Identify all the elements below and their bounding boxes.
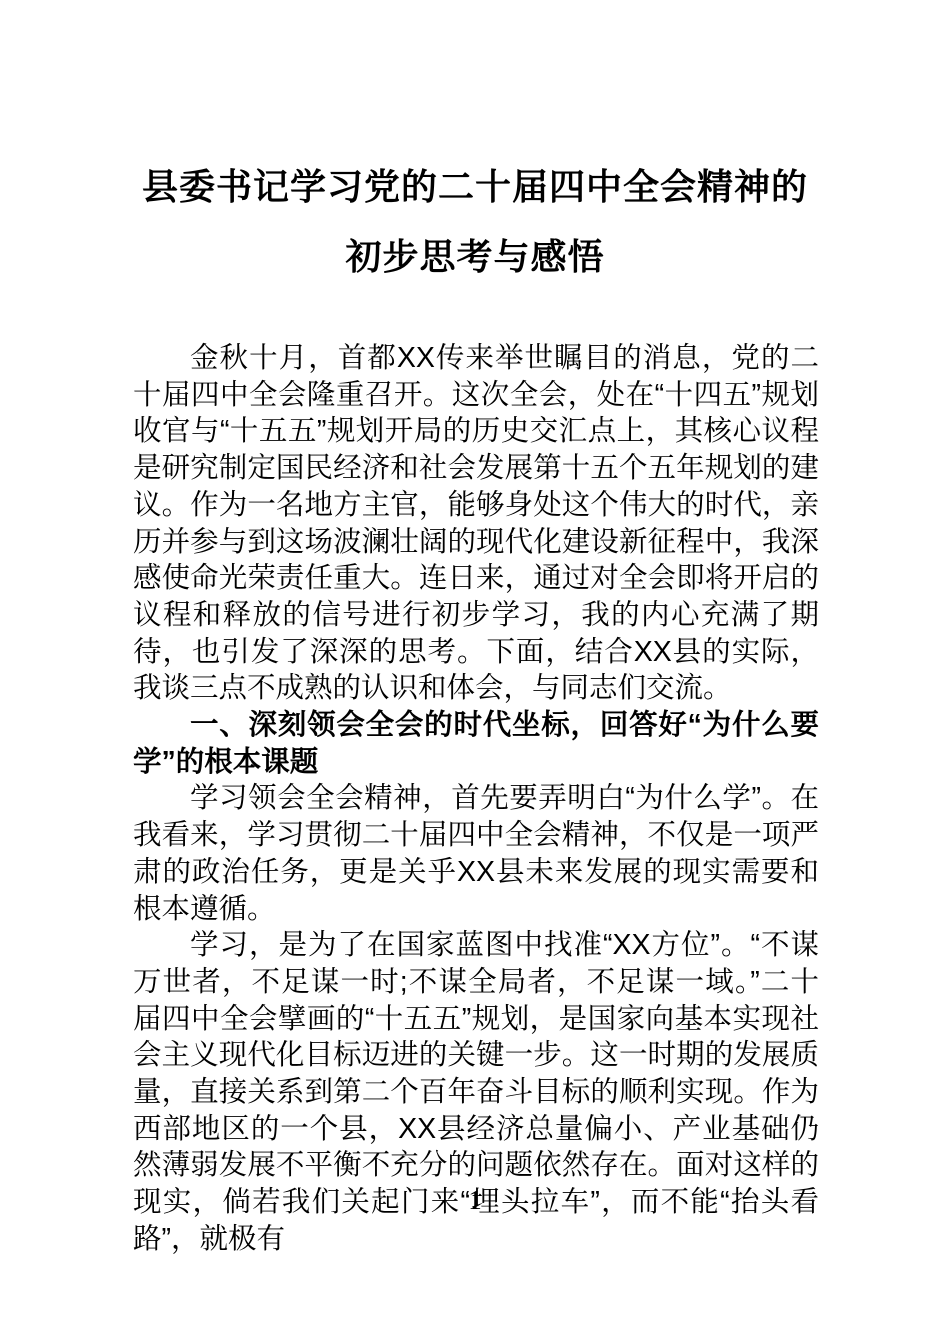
document-page: 县委书记学习党的二十届四中全会精神的初步思考与感悟 金秋十月，首都XX传来举世瞩… (0, 0, 950, 1344)
page-number-footer: 1 (0, 1185, 950, 1216)
body-paragraph-why-learn: 学习领会全会精神，首先要弄明白“为什么学”。在我看来，学习贯彻二十届四中全会精神… (133, 780, 819, 927)
section-heading-1: 一、深刻领会全会的时代坐标，回答好“为什么要学”的根本课题 (133, 707, 819, 780)
document-title: 县委书记学习党的二十届四中全会精神的初步思考与感悟 (132, 152, 818, 292)
body-paragraph-intro: 金秋十月，首都XX传来举世瞩目的消息，党的二十届四中全会隆重召开。这次全会，处在… (133, 340, 819, 707)
document-body: 金秋十月，首都XX传来举世瞩目的消息，党的二十届四中全会隆重召开。这次全会，处在… (133, 340, 819, 1258)
